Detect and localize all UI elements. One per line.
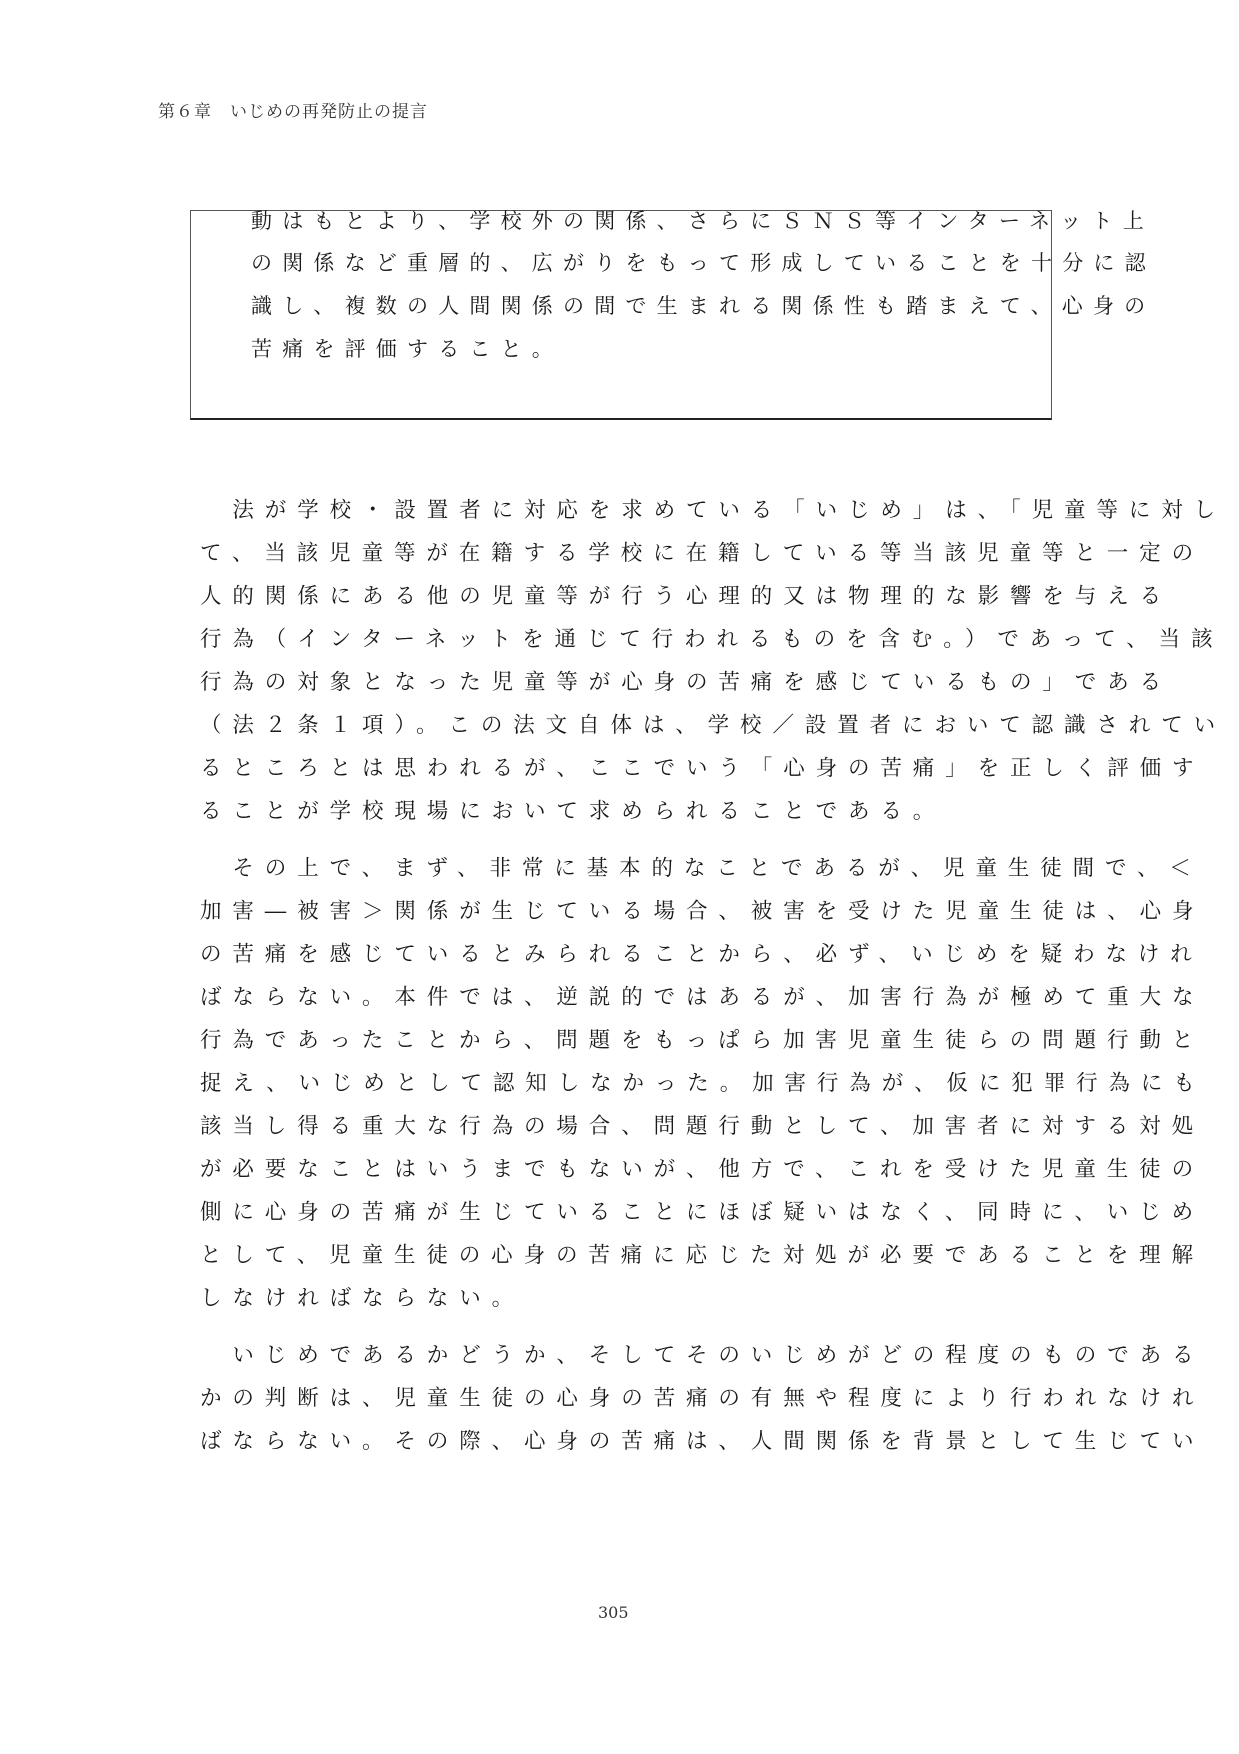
page-number: 305 xyxy=(598,1603,629,1622)
box-line: 識し、複数の人間関係の間で生まれる関係性も踏まえて、心身の xyxy=(251,290,1155,320)
box-line: の関係など重層的、広がりをもって形成していることを十分に認 xyxy=(251,247,1156,277)
text-line: 該当し得る重大な行為の場合、問題行動として、加害者に対する対処 xyxy=(200,1109,1204,1140)
text-line: が必要なことはいうまでもないが、他方で、これを受けた児童生徒の xyxy=(200,1152,1204,1183)
text-line: かの判断は、児童生徒の心身の苦痛の有無や程度により行われなけれ xyxy=(200,1381,1204,1412)
box-line: 苦痛を評価すること。 xyxy=(251,333,563,363)
text-line: て、当該児童等が在籍する学校に在籍している等当該児童等と一定の xyxy=(200,536,1204,567)
text-line: ることが学校現場において求められることである。 xyxy=(200,794,945,825)
box-line: 動はもとより、学校外の関係、さらにＳＮＳ等インターネット上 xyxy=(251,205,1154,235)
text-line: 法が学校・設置者に対応を求めている「いじめ」は、「児童等に対し xyxy=(200,493,1226,524)
text-line: として、児童生徒の心身の苦痛に応じた対処が必要であることを理解 xyxy=(200,1238,1204,1269)
text-line: ばならない。その際、心身の苦痛は、人間関係を背景として生じてい xyxy=(200,1424,1204,1455)
text-line: るところとは思われるが、ここでいう「心身の苦痛」を正しく評価す xyxy=(200,751,1204,782)
text-line: （法２条１項）。この法文自体は、学校／設置者において認識されてい xyxy=(200,708,1226,739)
text-line: の苦痛を感じているとみられることから、必ず、いじめを疑わなけれ xyxy=(200,937,1203,968)
text-line: 捉え、いじめとして認知しなかった。加害行為が、仮に犯罪行為にも xyxy=(200,1066,1206,1097)
text-line: しなければならない。 xyxy=(200,1281,524,1312)
boxed-recommendation: 動はもとより、学校外の関係、さらにＳＮＳ等インターネット上 の関係など重層的、広… xyxy=(190,210,1052,420)
chapter-header: 第６章 いじめの再発防止の提言 xyxy=(158,97,428,122)
text-line: 人的関係にある他の児童等が行う心理的又は物理的な影響を与える xyxy=(200,579,1172,610)
text-line: 行為の対象となった児童等が心身の苦痛を感じているもの」である xyxy=(200,665,1172,696)
text-line: 側に心身の苦痛が生じていることにほぼ疑いはなく、同時に、いじめ xyxy=(200,1195,1204,1226)
text-line: いじめであるかどうか、そしてそのいじめがどの程度のものである xyxy=(200,1338,1204,1369)
text-line: 行為であったことから、問題をもっぱら加害児童生徒らの問題行動と xyxy=(200,1023,1204,1054)
text-line: 加害―被害＞関係が生じている場合、被害を受けた児童生徒は、心身 xyxy=(200,894,1204,925)
text-line: ばならない。本件では、逆説的ではあるが、加害行為が極めて重大な xyxy=(200,980,1204,1011)
text-line: その上で、まず、非常に基本的なことであるが、児童生徒間で、＜ xyxy=(200,851,1202,882)
text-line: 行為（インターネットを通じて行われるものを含む。）であって、当該 xyxy=(200,622,1223,653)
